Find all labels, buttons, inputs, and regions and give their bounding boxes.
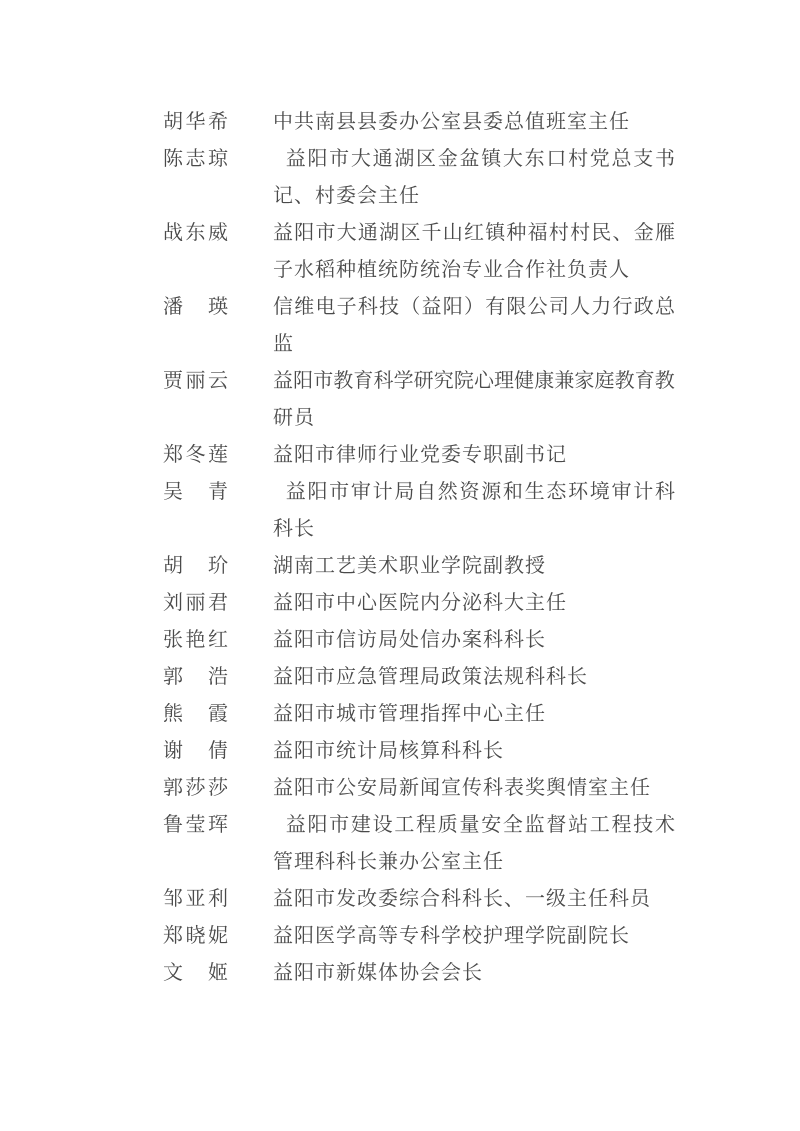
position-char: 教 xyxy=(655,363,675,400)
person-name: 贾丽云 xyxy=(163,363,228,400)
position-line: 中共南县县委办公室县委总值班室主任 xyxy=(273,104,675,141)
position-char: 全 xyxy=(503,807,523,844)
roster-row: 刘丽君益阳市中心医院内分泌科大主任 xyxy=(163,585,675,622)
document-page: 胡华希中共南县县委办公室县委总值班室主任陈志琼益阳市大通湖区金盆镇大东口村党总支… xyxy=(0,0,800,1131)
position-char: 程 xyxy=(416,807,436,844)
roster-row: 陈志琼益阳市大通湖区金盆镇大东口村党总支书记、村委会主任 xyxy=(163,141,675,215)
position-char: 村 xyxy=(549,215,569,252)
position-char: 计 xyxy=(373,474,393,511)
position-char: 学 xyxy=(394,363,414,400)
position-char: 设 xyxy=(373,807,393,844)
position-char: 阳 xyxy=(443,289,463,326)
position-line: 益阳市中心医院内分泌科大主任 xyxy=(273,585,675,622)
position-char: 东 xyxy=(525,141,545,178)
position-char: 兼 xyxy=(554,363,574,400)
position-char: 理 xyxy=(494,363,514,400)
position-char: 村 xyxy=(570,215,590,252)
position-char: 子 xyxy=(337,289,357,326)
position-line: 益阳市城市管理指挥中心主任 xyxy=(273,696,675,733)
position-char: 民 xyxy=(591,215,611,252)
person-position: 益阳市新媒体协会会长 xyxy=(273,955,675,992)
position-char: 康 xyxy=(534,363,554,400)
position-char: 庭 xyxy=(595,363,615,400)
person-position: 益阳市统计局核算科科长 xyxy=(273,733,675,770)
position-char: 态 xyxy=(546,474,566,511)
position-char: 教 xyxy=(333,363,353,400)
name-char: 东 xyxy=(186,215,206,252)
name-char: 郭 xyxy=(163,659,183,696)
person-name: 张艳红 xyxy=(163,622,228,659)
position-char: 市 xyxy=(315,215,335,252)
name-char: 贾 xyxy=(163,363,183,400)
position-char: 书 xyxy=(655,141,675,178)
position-char: 福 xyxy=(528,215,548,252)
roster-row: 张艳红益阳市信访局处信办案科科长 xyxy=(163,622,675,659)
name-char: 云 xyxy=(208,363,228,400)
position-char: 党 xyxy=(590,141,610,178)
indent-space xyxy=(273,141,284,142)
position-char: 山 xyxy=(443,215,463,252)
name-char: 玠 xyxy=(208,548,228,585)
person-name: 陈志琼 xyxy=(163,141,228,178)
position-char: 金 xyxy=(634,215,654,252)
name-char: 艳 xyxy=(186,622,206,659)
position-char: 科 xyxy=(655,474,675,511)
position-char: 益 xyxy=(286,807,306,844)
position-char: 公 xyxy=(528,289,548,326)
position-line: 监 xyxy=(273,326,675,363)
name-char: 张 xyxy=(163,622,183,659)
position-char: 益 xyxy=(273,215,293,252)
position-char: 行 xyxy=(613,289,633,326)
name-char: 霞 xyxy=(208,696,228,733)
position-char: 湖 xyxy=(394,141,414,178)
roster-row: 郑晓妮益阳医学高等专科学校护理学院副院长 xyxy=(163,918,675,955)
position-char: 审 xyxy=(612,474,632,511)
position-line: 益阳市教育科学研究院心理健康兼家庭教育教 xyxy=(273,363,675,400)
person-position: 益阳市建设工程质量安全监督站工程技术管理科科长兼办公室主任 xyxy=(273,807,675,881)
name-char: 文 xyxy=(163,955,183,992)
name-char: 晓 xyxy=(186,918,206,955)
position-char: 区 xyxy=(416,141,436,178)
position-line: 益阳市发改委综合科科长、一级主任科员 xyxy=(273,881,675,918)
name-char: 莎 xyxy=(186,770,206,807)
position-char: 技 xyxy=(633,807,653,844)
position-char: 通 xyxy=(373,141,393,178)
position-line: 益阳市信访局处信办案科科长 xyxy=(273,622,675,659)
roster-row: 吴青益阳市审计局自然资源和生态环境审计科科长 xyxy=(163,474,675,548)
position-char: 阳 xyxy=(307,807,327,844)
name-char: 刘 xyxy=(163,585,183,622)
person-name: 战东威 xyxy=(163,215,228,252)
position-line: 研员 xyxy=(273,400,675,437)
position-char: 市 xyxy=(313,363,333,400)
person-position: 益阳市信访局处信办案科科长 xyxy=(273,622,675,659)
roster-list: 胡华希中共南县县委办公室县委总值班室主任陈志琼益阳市大通湖区金盆镇大东口村党总支… xyxy=(163,104,675,992)
position-char: 阳 xyxy=(307,474,327,511)
name-char: 丽 xyxy=(186,363,206,400)
name-char: 珲 xyxy=(208,807,228,844)
position-char: 大 xyxy=(337,215,357,252)
position-char: ） xyxy=(464,289,484,326)
name-char: 威 xyxy=(208,215,228,252)
position-char: 维 xyxy=(294,289,314,326)
position-char: 科 xyxy=(358,289,378,326)
position-line: 益阳市建设工程质量安全监督站工程技术 xyxy=(273,807,675,844)
person-name: 郑晓妮 xyxy=(163,918,228,955)
person-name: 刘丽君 xyxy=(163,585,228,622)
name-char: 郑 xyxy=(163,918,183,955)
position-char: 区 xyxy=(400,215,420,252)
name-char: 华 xyxy=(186,104,206,141)
position-char: 建 xyxy=(351,807,371,844)
name-char: 陈 xyxy=(163,141,183,178)
name-char: 亚 xyxy=(186,881,206,918)
position-char: 和 xyxy=(503,474,523,511)
name-char: 希 xyxy=(208,104,228,141)
position-char: 镇 xyxy=(485,215,505,252)
person-name: 胡玠 xyxy=(163,548,228,585)
position-char: 司 xyxy=(549,289,569,326)
position-char: 总 xyxy=(655,289,675,326)
position-char: 境 xyxy=(590,474,610,511)
roster-row: 郭浩益阳市应急管理局政策法规科科长 xyxy=(163,659,675,696)
position-char: 监 xyxy=(525,807,545,844)
person-position: 益阳市公安局新闻宣传科表奖舆情室主任 xyxy=(273,770,675,807)
person-position: 益阳市教育科学研究院心理健康兼家庭教育教研员 xyxy=(273,363,675,437)
person-position: 益阳市应急管理局政策法规科科长 xyxy=(273,659,675,696)
name-char: 莹 xyxy=(186,807,206,844)
position-char: 千 xyxy=(422,215,442,252)
roster-row: 谢倩益阳市统计局核算科科长 xyxy=(163,733,675,770)
name-char: 利 xyxy=(208,881,228,918)
roster-row: 郑冬莲益阳市律师行业党委专职副书记 xyxy=(163,437,675,474)
position-char: 究 xyxy=(434,363,454,400)
person-name: 郭莎莎 xyxy=(163,770,228,807)
position-char: 雁 xyxy=(655,215,675,252)
name-char: 胡 xyxy=(163,548,183,585)
name-char: 熊 xyxy=(163,696,183,733)
position-char: 大 xyxy=(503,141,523,178)
roster-row: 潘瑛信维电子科技（益阳）有限公司人力行政总监 xyxy=(163,289,675,363)
position-char: 然 xyxy=(438,474,458,511)
person-position: 益阳市审计局自然资源和生态环境审计科科长 xyxy=(273,474,675,548)
name-char: 莲 xyxy=(208,437,228,474)
roster-row: 贾丽云益阳市教育科学研究院心理健康兼家庭教育教研员 xyxy=(163,363,675,437)
position-char: 教 xyxy=(615,363,635,400)
name-char: 红 xyxy=(208,622,228,659)
roster-row: 郭莎莎益阳市公安局新闻宣传科表奖舆情室主任 xyxy=(163,770,675,807)
person-name: 文姬 xyxy=(163,955,228,992)
roster-row: 鲁莹珲益阳市建设工程质量安全监督站工程技术管理科科长兼办公室主任 xyxy=(163,807,675,881)
name-char: 吴 xyxy=(163,474,183,511)
position-char: 质 xyxy=(438,807,458,844)
position-char: 审 xyxy=(351,474,371,511)
person-name: 潘瑛 xyxy=(163,289,228,326)
position-char: 湖 xyxy=(379,215,399,252)
name-char: 郭 xyxy=(163,770,183,807)
person-position: 益阳市大通湖区金盆镇大东口村党总支书记、村委会主任 xyxy=(273,141,675,215)
position-char: 大 xyxy=(351,141,371,178)
position-char: 健 xyxy=(514,363,534,400)
person-position: 中共南县县委办公室县委总值班室主任 xyxy=(273,104,675,141)
name-char: 君 xyxy=(208,585,228,622)
position-line: 管理科科长兼办公室主任 xyxy=(273,844,675,881)
position-char: 环 xyxy=(568,474,588,511)
person-name: 邹亚利 xyxy=(163,881,228,918)
name-char: 冬 xyxy=(186,437,206,474)
position-char: 科 xyxy=(373,363,393,400)
position-char: 市 xyxy=(329,474,349,511)
position-char: 金 xyxy=(438,141,458,178)
position-char: 口 xyxy=(546,141,566,178)
roster-row: 战东威益阳市大通湖区千山红镇种福村村民、金雁子水稻种植统防统治专业合作社负责人 xyxy=(163,215,675,289)
name-char: 妮 xyxy=(208,918,228,955)
position-char: 量 xyxy=(459,807,479,844)
position-char: 家 xyxy=(574,363,594,400)
position-char: 支 xyxy=(633,141,653,178)
position-char: 盆 xyxy=(459,141,479,178)
position-line: 湖南工艺美术职业学院副教授 xyxy=(273,548,675,585)
position-char: 督 xyxy=(546,807,566,844)
position-char: （ xyxy=(400,289,420,326)
position-char: 院 xyxy=(454,363,474,400)
name-char: 丽 xyxy=(186,585,206,622)
position-char: 信 xyxy=(273,289,293,326)
position-char: 市 xyxy=(329,807,349,844)
position-char: 人 xyxy=(570,289,590,326)
name-char: 谢 xyxy=(163,733,183,770)
name-char: 胡 xyxy=(163,104,183,141)
name-char: 瑛 xyxy=(208,289,228,326)
person-position: 益阳市发改委综合科科长、一级主任科员 xyxy=(273,881,675,918)
position-char: 有 xyxy=(485,289,505,326)
position-char: 安 xyxy=(481,807,501,844)
position-char: 术 xyxy=(655,807,675,844)
roster-row: 邹亚利益阳市发改委综合科科长、一级主任科员 xyxy=(163,881,675,918)
indent-space xyxy=(273,807,284,808)
position-char: 局 xyxy=(394,474,414,511)
position-line: 信维电子科技（益阳）有限公司人力行政总 xyxy=(273,289,675,326)
person-position: 湖南工艺美术职业学院副教授 xyxy=(273,548,675,585)
position-line: 益阳市公安局新闻宣传科表奖舆情室主任 xyxy=(273,770,675,807)
position-char: 镇 xyxy=(481,141,501,178)
position-char: 生 xyxy=(525,474,545,511)
person-name: 吴青 xyxy=(163,474,228,511)
roster-row: 熊霞益阳市城市管理指挥中心主任 xyxy=(163,696,675,733)
name-char: 姬 xyxy=(208,955,228,992)
name-char: 潘 xyxy=(163,289,183,326)
position-line: 益阳市律师行业党委专职副书记 xyxy=(273,437,675,474)
position-char: 、 xyxy=(613,215,633,252)
position-char: 市 xyxy=(329,141,349,178)
position-line: 子水稻种植统防统治专业合作社负责人 xyxy=(273,252,675,289)
name-char: 倩 xyxy=(208,733,228,770)
position-char: 阳 xyxy=(294,215,314,252)
position-char: 通 xyxy=(358,215,378,252)
person-position: 益阳市城市管理指挥中心主任 xyxy=(273,696,675,733)
person-position: 益阳市律师行业党委专职副书记 xyxy=(273,437,675,474)
position-char: 育 xyxy=(635,363,655,400)
position-char: 益 xyxy=(286,141,306,178)
person-name: 胡华希 xyxy=(163,104,228,141)
name-char: 青 xyxy=(208,474,228,511)
position-char: 阳 xyxy=(307,141,327,178)
position-char: 阳 xyxy=(293,363,313,400)
position-line: 记、村委会主任 xyxy=(273,178,675,215)
name-char: 莎 xyxy=(208,770,228,807)
name-char: 志 xyxy=(186,141,206,178)
position-char: 益 xyxy=(273,363,293,400)
roster-row: 文姬益阳市新媒体协会会长 xyxy=(163,955,675,992)
position-char: 工 xyxy=(590,807,610,844)
indent-space xyxy=(273,474,284,475)
position-char: 技 xyxy=(379,289,399,326)
position-char: 心 xyxy=(474,363,494,400)
position-char: 总 xyxy=(612,141,632,178)
person-position: 益阳医学高等专科学校护理学院副院长 xyxy=(273,918,675,955)
position-char: 村 xyxy=(568,141,588,178)
name-char: 鲁 xyxy=(163,807,183,844)
position-char: 限 xyxy=(506,289,526,326)
person-name: 谢倩 xyxy=(163,733,228,770)
position-char: 种 xyxy=(506,215,526,252)
person-position: 益阳市中心医院内分泌科大主任 xyxy=(273,585,675,622)
position-char: 自 xyxy=(416,474,436,511)
name-char: 邹 xyxy=(163,881,183,918)
name-char: 琼 xyxy=(208,141,228,178)
person-name: 郭浩 xyxy=(163,659,228,696)
position-char: 研 xyxy=(414,363,434,400)
position-line: 益阳医学高等专科学校护理学院副院长 xyxy=(273,918,675,955)
position-char: 益 xyxy=(422,289,442,326)
person-position: 益阳市大通湖区千山红镇种福村村民、金雁子水稻种植统防统治专业合作社负责人 xyxy=(273,215,675,289)
position-line: 益阳市统计局核算科科长 xyxy=(273,733,675,770)
position-line: 益阳市审计局自然资源和生态环境审计科 xyxy=(273,474,675,511)
position-char: 程 xyxy=(612,807,632,844)
position-char: 工 xyxy=(394,807,414,844)
position-char: 电 xyxy=(315,289,335,326)
position-char: 益 xyxy=(286,474,306,511)
position-char: 源 xyxy=(481,474,501,511)
person-name: 鲁莹珲 xyxy=(163,807,228,844)
position-line: 益阳市应急管理局政策法规科科长 xyxy=(273,659,675,696)
person-name: 郑冬莲 xyxy=(163,437,228,474)
position-char: 政 xyxy=(634,289,654,326)
position-char: 力 xyxy=(591,289,611,326)
roster-row: 胡华希中共南县县委办公室县委总值班室主任 xyxy=(163,104,675,141)
position-char: 站 xyxy=(568,807,588,844)
name-char: 郑 xyxy=(163,437,183,474)
name-char: 浩 xyxy=(208,659,228,696)
position-char: 计 xyxy=(633,474,653,511)
position-char: 资 xyxy=(459,474,479,511)
position-line: 科长 xyxy=(273,511,675,548)
person-name: 熊霞 xyxy=(163,696,228,733)
position-char: 育 xyxy=(353,363,373,400)
roster-row: 胡玠湖南工艺美术职业学院副教授 xyxy=(163,548,675,585)
position-line: 益阳市大通湖区千山红镇种福村村民、金雁 xyxy=(273,215,675,252)
person-position: 信维电子科技（益阳）有限公司人力行政总监 xyxy=(273,289,675,363)
position-line: 益阳市大通湖区金盆镇大东口村党总支书 xyxy=(273,141,675,178)
position-char: 红 xyxy=(464,215,484,252)
position-line: 益阳市新媒体协会会长 xyxy=(273,955,675,992)
name-char: 战 xyxy=(163,215,183,252)
